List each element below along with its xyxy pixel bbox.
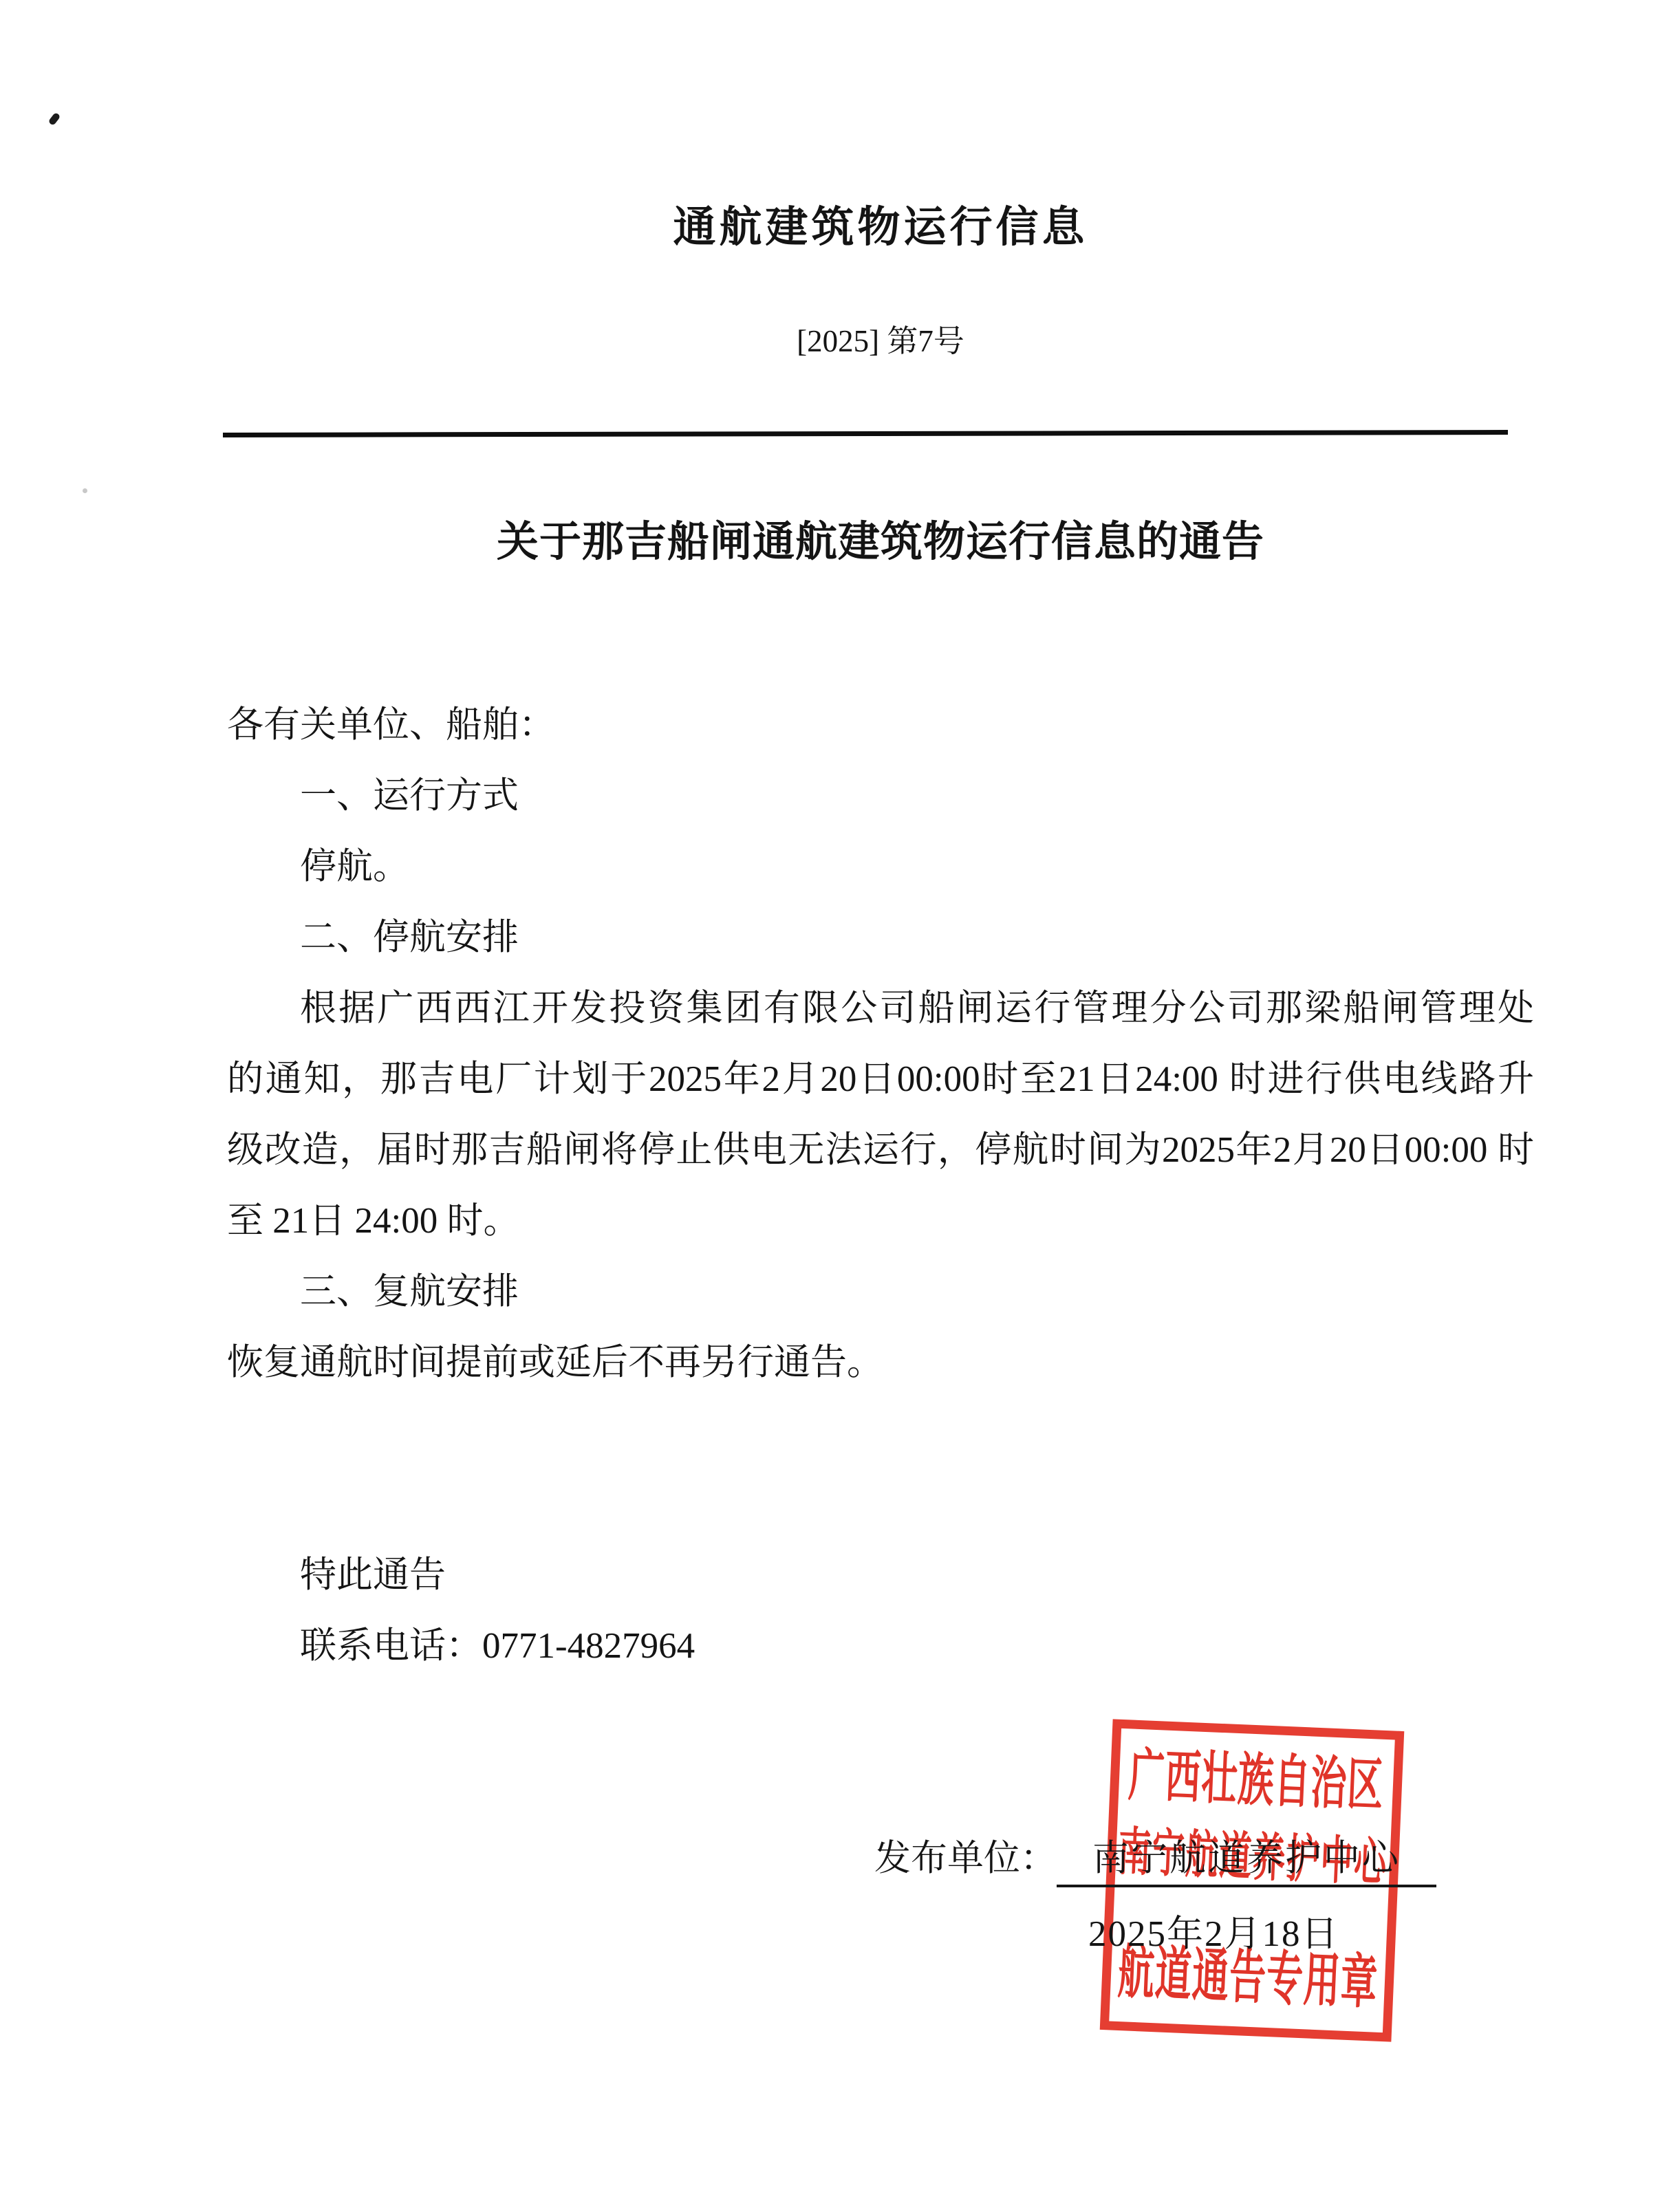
body-line: 二、停航安排 bbox=[227, 902, 1534, 973]
issue-number: [2025] 第7号 bbox=[227, 323, 1534, 359]
document-title: 通航建筑物运行信息 bbox=[227, 204, 1534, 252]
publisher-name: 南宁航道养护中心 bbox=[1057, 1832, 1436, 1887]
stamp-line-1: 广西壮族自治区 bbox=[1118, 1748, 1394, 1817]
publisher-label: 发布单位： bbox=[874, 1839, 1057, 1878]
salutation-line: 各有关单位、船舶： bbox=[227, 690, 1534, 761]
contact-phone: 联系电话：0771-4827964 bbox=[227, 1611, 1534, 1682]
scanned-notice-page: 通航建筑物运行信息 [2025] 第7号 关于那吉船闸通航建筑物运行信息的通告 … bbox=[0, 0, 1662, 2212]
body-line: 的通知，那吉电厂计划于2025年2月20日00:00时至21日24:00 时进行… bbox=[227, 1044, 1534, 1115]
body-line: 级改造，届时那吉船闸将停止供电无法运行，停航时间为2025年2月20日00:00… bbox=[227, 1115, 1534, 1186]
blank-line bbox=[227, 1469, 1534, 1540]
body-line: 停航。 bbox=[227, 832, 1534, 902]
notice-body: 各有关单位、船舶： 一、运行方式 停航。 二、停航安排 根据广西西江开发投资集团… bbox=[227, 690, 1534, 1682]
body-line: 恢复通航时间提前或延后不再另行通告。 bbox=[227, 1327, 1534, 1398]
divider-rule bbox=[223, 430, 1508, 437]
body-line: 至 21日 24:00 时。 bbox=[227, 1186, 1534, 1257]
body-line: 三、复航安排 bbox=[227, 1257, 1534, 1327]
scan-speck bbox=[83, 488, 87, 493]
closing-statement: 特此通告 bbox=[227, 1540, 1534, 1611]
body-line: 根据广西西江开发投资集团有限公司船闸运行管理分公司那梁船闸管理处 bbox=[227, 973, 1534, 1044]
issue-date: 2025年2月18日 bbox=[1088, 1913, 1339, 1955]
scan-speck bbox=[48, 112, 61, 126]
notice-heading: 关于那吉船闸通航建筑物运行信息的通告 bbox=[227, 519, 1534, 567]
body-line: 一、运行方式 bbox=[227, 761, 1534, 832]
publisher-row: 发布单位：南宁航道养护中心 bbox=[874, 1832, 1436, 1887]
blank-line bbox=[227, 1398, 1534, 1469]
